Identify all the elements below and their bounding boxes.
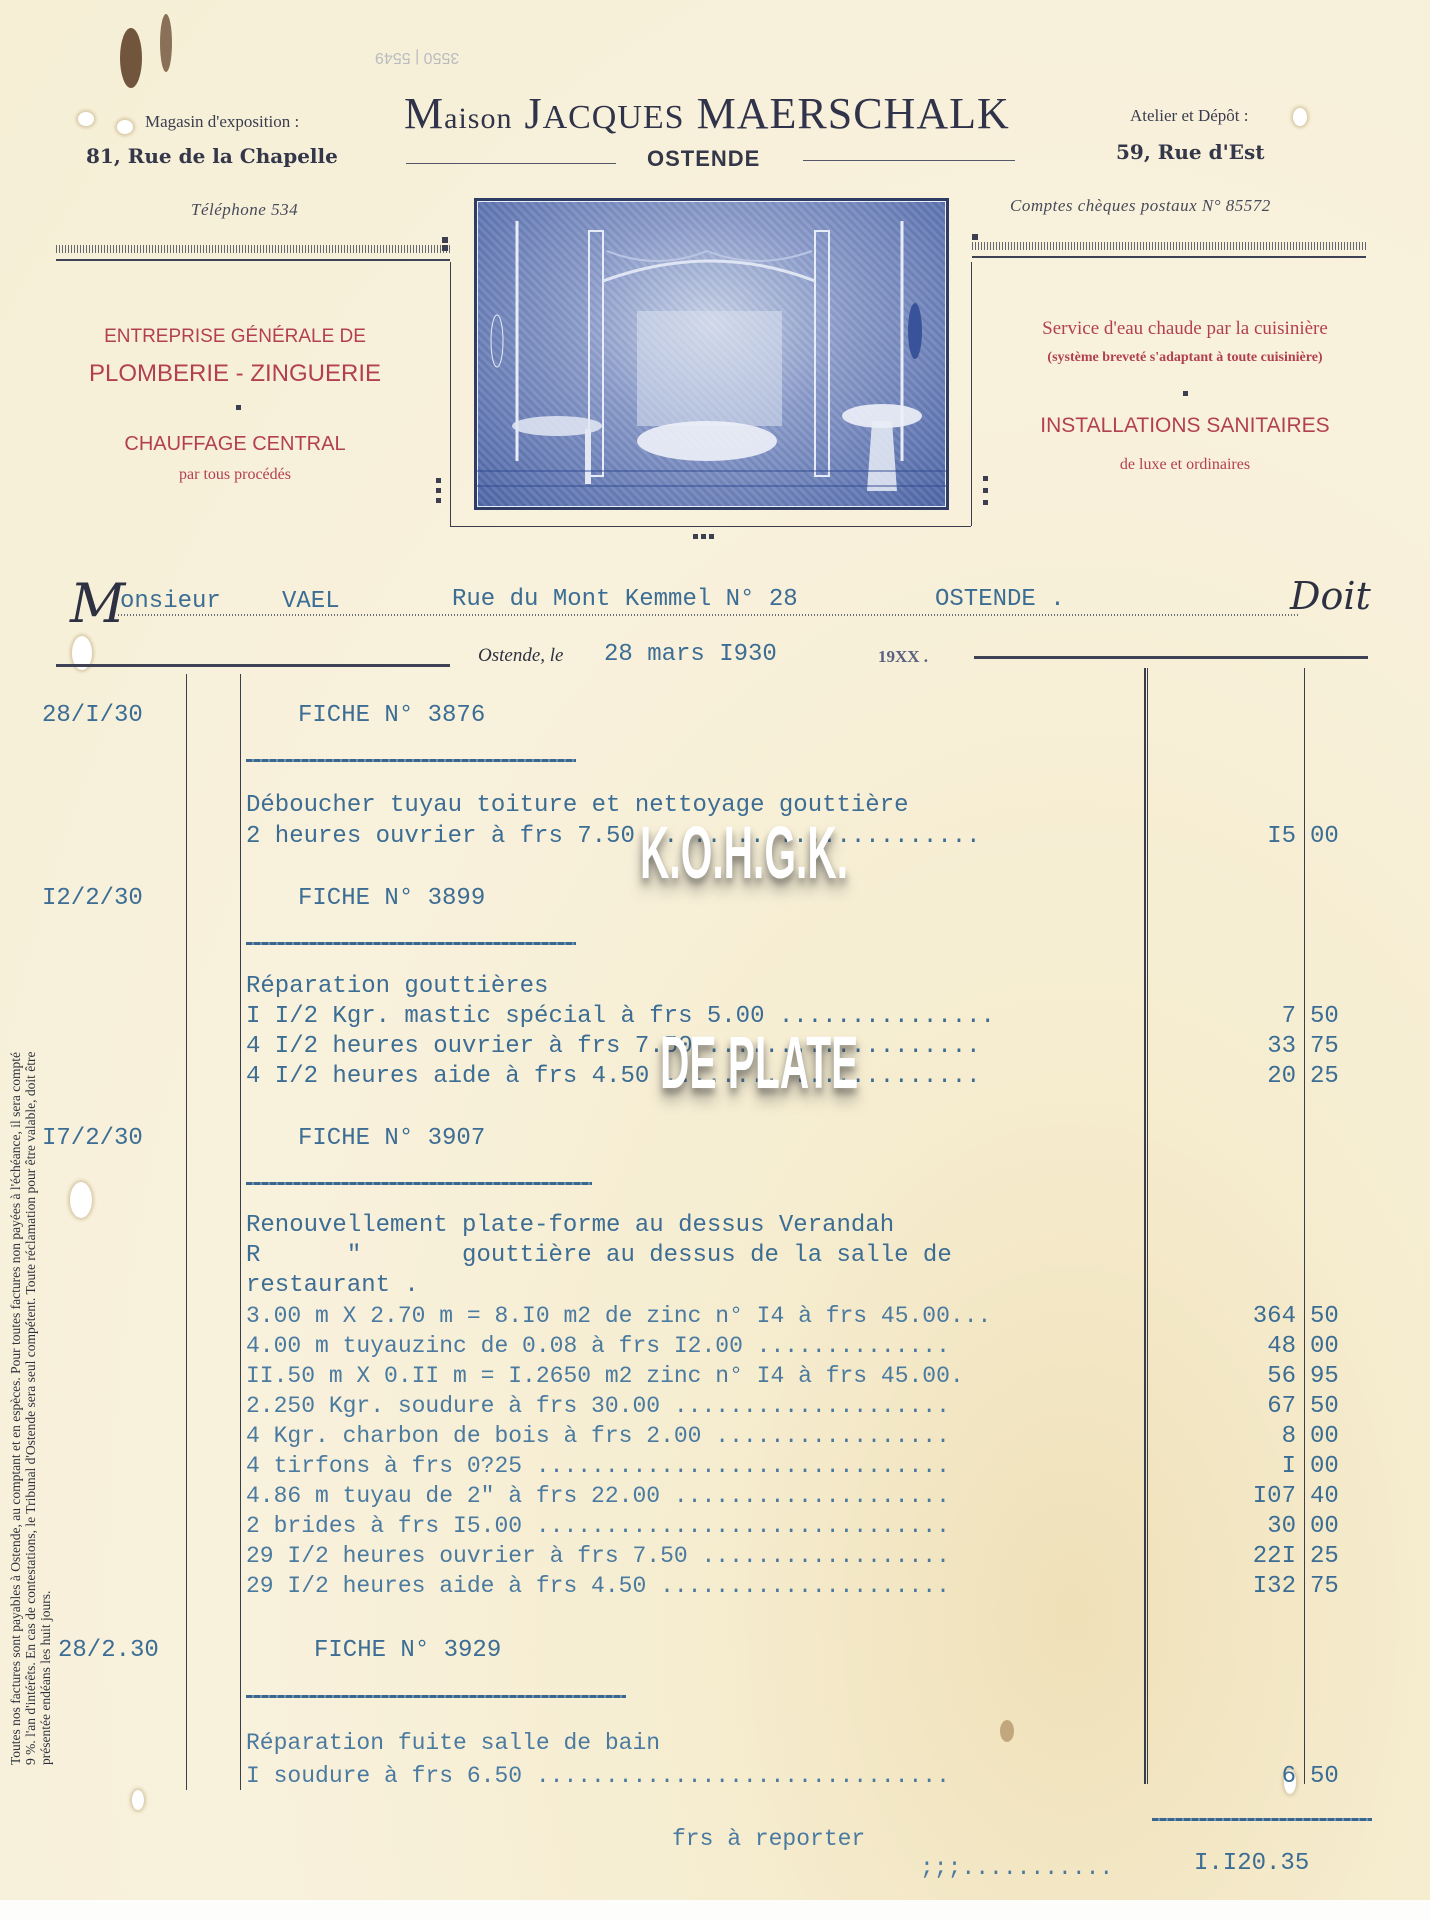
ornament-line-left [56,259,450,261]
fiche-number: FICHE N° 3876 [298,702,485,729]
line-cents: 75 [1310,1033,1354,1060]
punch-hole [132,1790,144,1810]
address-dotted-line [118,614,1298,616]
title-jacques-rest: ACQUES [543,99,685,136]
ornament-square [436,478,441,483]
date-prefix: Ostende, le [478,645,563,667]
line-cents: 00 [1310,1423,1354,1450]
service-heating-sub: par tous procédés [60,466,410,484]
line-description: 4 Kgr. charbon de bois à frs 2.00 ......… [246,1423,950,1449]
service-sanitary: INSTALLATIONS SANITAIRES [990,414,1380,438]
postal-account: Comptes chèques postaux N° 85572 [1010,196,1271,216]
line-description: 4.86 m tuyau de 2" à frs 22.00 .........… [246,1483,950,1509]
service-sanitary-sub: de luxe et ordinaires [990,456,1380,474]
salutation-initial: M [70,572,125,635]
line-description: 29 I/2 heures aide à frs 4.50 ..........… [246,1573,950,1599]
line-francs: 364 [1150,1303,1296,1330]
column-divider-amount-double [1147,668,1148,1784]
line-cents: 00 [1310,1453,1354,1480]
line-cents: 75 [1310,1573,1354,1600]
line-description: 4 I/2 heures ouvrier à frs 7.50 ........… [246,1033,981,1060]
line-francs: 8 [1150,1423,1296,1450]
ink-stain [160,14,172,72]
line-description: Réparation fuite salle de bain [246,1730,660,1756]
line-francs: 20 [1150,1063,1296,1090]
ornament-square [436,498,441,503]
ornament-square [442,245,448,251]
ornament-square [983,488,988,493]
date-suffix: 19XX . [878,647,928,667]
carry-forward-dots: ;;;........... [920,1855,1113,1881]
line-cents: 00 [1310,1513,1354,1540]
column-divider-date [186,674,187,1790]
line-francs: 30 [1150,1513,1296,1540]
ornament-square [236,405,241,410]
line-cents: 25 [1310,1063,1354,1090]
ornament-square [436,488,441,493]
service-hot-water-sub: (système breveté s'adaptant à toute cuis… [990,350,1380,366]
line-francs: 7 [1150,1003,1296,1030]
entry-date: I2/2/30 [42,885,143,912]
frame-line [450,262,451,526]
customer-city: OSTENDE . [935,586,1065,613]
ornament-square [709,534,714,539]
punch-hole [1293,108,1307,126]
line-description: 4 I/2 heures aide à frs 4.50 ...........… [246,1063,981,1090]
ink-stain [120,28,142,88]
line-francs: 56 [1150,1363,1296,1390]
workshop-address: 59, Rue d'Est [1116,140,1264,164]
line-cents: 40 [1310,1483,1354,1510]
pencil-note: 3550 | 5549 [375,48,459,66]
doit-label: Doit [1290,574,1371,618]
payment-terms-note: Toutes nos factures sont payables à Oste… [8,1051,53,1765]
line-francs: I32 [1150,1573,1296,1600]
date-rule-right [974,656,1368,659]
watermark-bottom: DE PLATE [660,1020,858,1105]
watermark-top: K.O.H.G.K. [640,810,848,895]
line-description: 2 brides à frs I5.00 ...................… [246,1513,950,1539]
payment-terms-line: présentée endéans les huit jours. [38,1051,53,1765]
line-description: 29 I/2 heures ouvrier à frs 7.50 .......… [246,1543,950,1569]
line-cents: 00 [1310,1333,1354,1360]
title-cap-m: M [404,89,444,138]
payment-terms-line: 9 %. l'an d'intérêts. En cas de contesta… [23,1051,38,1765]
service-heating: CHAUFFAGE CENTRAL [60,433,410,456]
date-rule-left [56,664,450,667]
line-cents: 00 [1310,823,1354,850]
entry-date: I7/2/30 [42,1125,143,1152]
company-name: Maison JACQUES MAERSCHALK [404,88,1010,139]
phone-number: Téléphone 534 [191,200,298,220]
ornament-bar-left [56,245,450,253]
ornament-square [983,476,988,481]
ornament-square [983,500,988,505]
column-divider-desc [240,674,241,1790]
line-description: 3.00 m X 2.70 m = 8.I0 m2 de zinc n° I4 … [246,1303,991,1329]
line-cents: 50 [1310,1763,1354,1790]
line-description: II.50 m X 0.II m = I.2650 m2 zinc n° I4 … [246,1363,964,1389]
customer-name: VAEL [282,588,340,615]
total-rule [1152,1818,1372,1821]
scan-margin [0,1900,1430,1920]
title-maison-rest: aison [444,102,512,135]
carry-forward-label: frs à reporter [672,1826,865,1852]
line-cents: 50 [1310,1003,1354,1030]
line-description: 4.00 m tuyauzinc de 0.08 à frs I2.00 ...… [246,1333,950,1359]
line-cents: 95 [1310,1363,1354,1390]
line-description: Réparation gouttières [246,973,548,1000]
bathroom-illustration [474,198,949,510]
frame-line [971,262,972,526]
line-description: 2.250 Kgr. soudure à frs 30.00 .........… [246,1393,950,1419]
title-rule-right [803,160,1015,161]
fiche-number: FICHE N° 3907 [298,1125,485,1152]
entry-date: 28/I/30 [42,702,143,729]
line-cents: 25 [1310,1543,1354,1570]
stain-spot [1000,1720,1014,1742]
service-hot-water: Service d'eau chaude par la cuisinière [990,318,1380,340]
line-francs: I07 [1150,1483,1296,1510]
fiche-underline [246,1182,592,1185]
line-description: Renouvellement plate-forme au dessus Ver… [246,1212,894,1239]
ornament-square [972,234,978,240]
line-description: 4 tirfons à frs 0?25 ...................… [246,1453,950,1479]
salutation-rest: onsieur [120,588,221,615]
fiche-underline [246,759,576,762]
fiche-underline [246,942,576,945]
line-description: 2 heures ouvrier à frs 7.50 ............… [246,823,981,850]
line-description: I I/2 Kgr. mastic spécial à frs 5.00 ...… [246,1003,995,1030]
entry-date: 28/2.30 [58,1637,159,1664]
fiche-number: FICHE N° 3929 [314,1637,501,1664]
column-divider-amount [1144,668,1146,1784]
invoice-date: 28 mars I930 [604,641,777,668]
line-description: R " gouttière au dessus de la salle de [246,1242,952,1269]
carry-forward-total: I.I20.35 [1194,1850,1309,1877]
title-rule-left [406,163,616,164]
fiche-number: FICHE N° 3899 [298,885,485,912]
line-description: restaurant . [246,1272,419,1299]
customer-street: Rue du Mont Kemmel N° 28 [452,586,798,613]
line-francs: I [1150,1453,1296,1480]
bathroom-engraving-icon [477,201,946,507]
line-francs: 6 [1150,1763,1296,1790]
fiche-underline [246,1695,626,1698]
service-plumbing: PLOMBERIE - ZINGUERIE [60,360,410,388]
line-cents: 50 [1310,1393,1354,1420]
ornament-square [442,237,448,243]
ornament-square [701,534,706,539]
ornament-line-right [972,256,1366,258]
ornament-square [693,534,698,539]
payment-terms-line: Toutes nos factures sont payables à Oste… [8,1051,23,1765]
line-francs: 67 [1150,1393,1296,1420]
ornament-square [1183,391,1188,396]
frame-bottom [450,526,971,527]
workshop-label: Atelier et Dépôt : [1130,106,1249,126]
column-divider-cents [1304,668,1305,1784]
showroom-label: Magasin d'exposition : [145,112,299,132]
punch-hole [70,1182,92,1218]
title-surname: MAERSCHALK [697,89,1010,138]
company-city: OSTENDE [647,146,760,172]
service-general: ENTREPRISE GÉNÉRALE DE [60,326,410,348]
punch-hole [117,120,133,134]
line-francs: 33 [1150,1033,1296,1060]
punch-hole [78,112,94,126]
showroom-address: 81, Rue de la Chapelle [86,144,338,168]
line-description: I soudure à frs 6.50 ...................… [246,1763,950,1789]
line-francs: 22I [1150,1543,1296,1570]
line-francs: 48 [1150,1333,1296,1360]
ornament-bar-right [972,242,1366,250]
title-cap-j: J [524,89,542,138]
line-cents: 50 [1310,1303,1354,1330]
line-francs: I5 [1150,823,1296,850]
